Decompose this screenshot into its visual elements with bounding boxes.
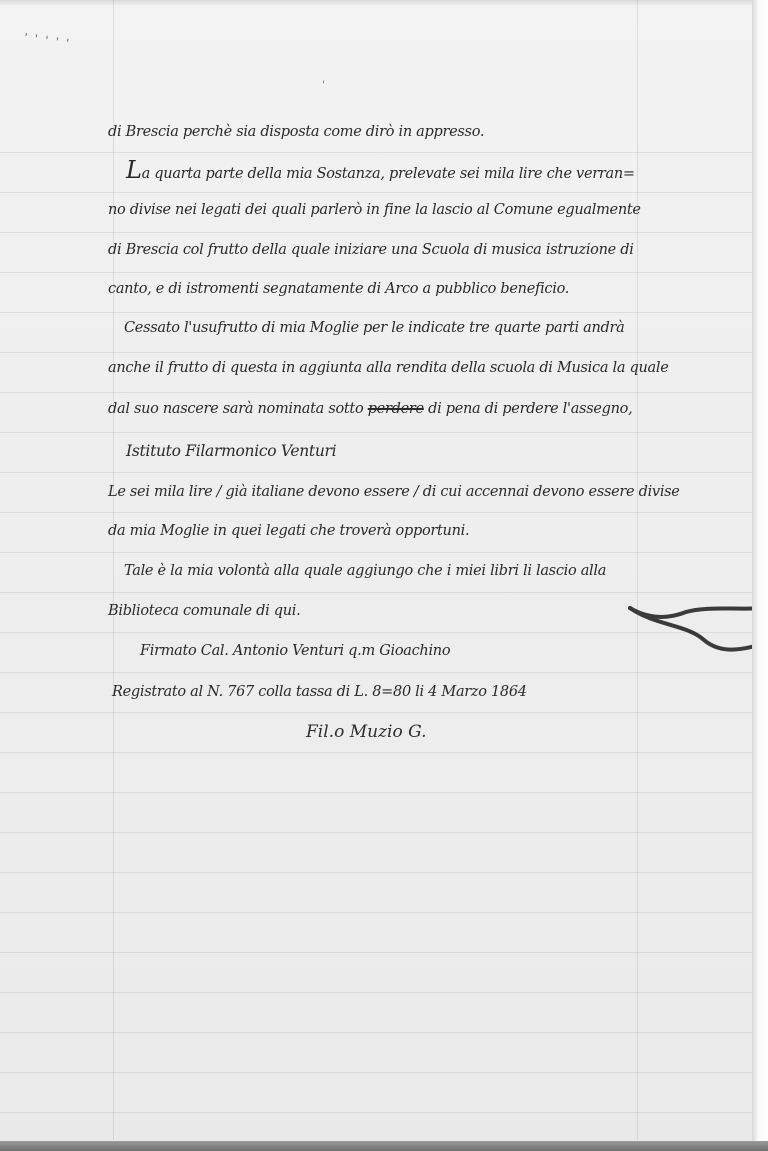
- text-line: no divise nei legati dei quali parlerò i…: [108, 202, 641, 218]
- left-margin-line: [113, 0, 114, 1140]
- text-line: di Brescia col frutto della quale inizia…: [108, 242, 634, 258]
- corner-marks: ' ' ' ' ': [23, 31, 71, 50]
- right-margin-line: [637, 0, 638, 1140]
- margin-bracket-mark: [626, 596, 766, 666]
- text-line: canto, e di istromenti segnatamente di A…: [108, 281, 569, 297]
- text-line: dal suo nascere sarà nominata sotto perd…: [108, 401, 632, 417]
- institute-name: Istituto Filarmonico Venturi: [126, 442, 336, 460]
- registration-line: Registrato al N. 767 colla tassa di L. 8…: [112, 684, 527, 700]
- text-line: Le sei mila lire / già italiane devono e…: [108, 484, 680, 500]
- text-line: La quarta parte della mia Sostanza, prel…: [126, 158, 635, 182]
- manuscript-page: ' ' ' ' ' ' di Brescia perchè sia dispos…: [0, 0, 758, 1140]
- signature: Fil.o Muzio G.: [306, 722, 426, 742]
- text-line: anche il frutto di questa in aggiunta al…: [108, 360, 668, 376]
- decorated-initial: L: [126, 156, 142, 184]
- stray-mark: ': [322, 80, 325, 91]
- text-line: da mia Moglie in quei legati che troverà…: [108, 523, 469, 539]
- signed-by-line: Firmato Cal. Antonio Venturi q.m Gioachi…: [140, 643, 450, 659]
- text-line: di Brescia perchè sia disposta come dirò…: [108, 124, 484, 140]
- scan-right-edge: [752, 0, 768, 1151]
- scan-top-shadow: [0, 0, 760, 6]
- text-line: Biblioteca comunale di qui.: [108, 603, 300, 619]
- text-line: Cessato l'usufrutto di mia Moglie per le…: [124, 320, 624, 336]
- struck-word: perdere: [368, 401, 424, 417]
- scan-bottom-edge: [0, 1141, 768, 1151]
- text-line: Tale è la mia volontà alla quale aggiung…: [124, 563, 606, 579]
